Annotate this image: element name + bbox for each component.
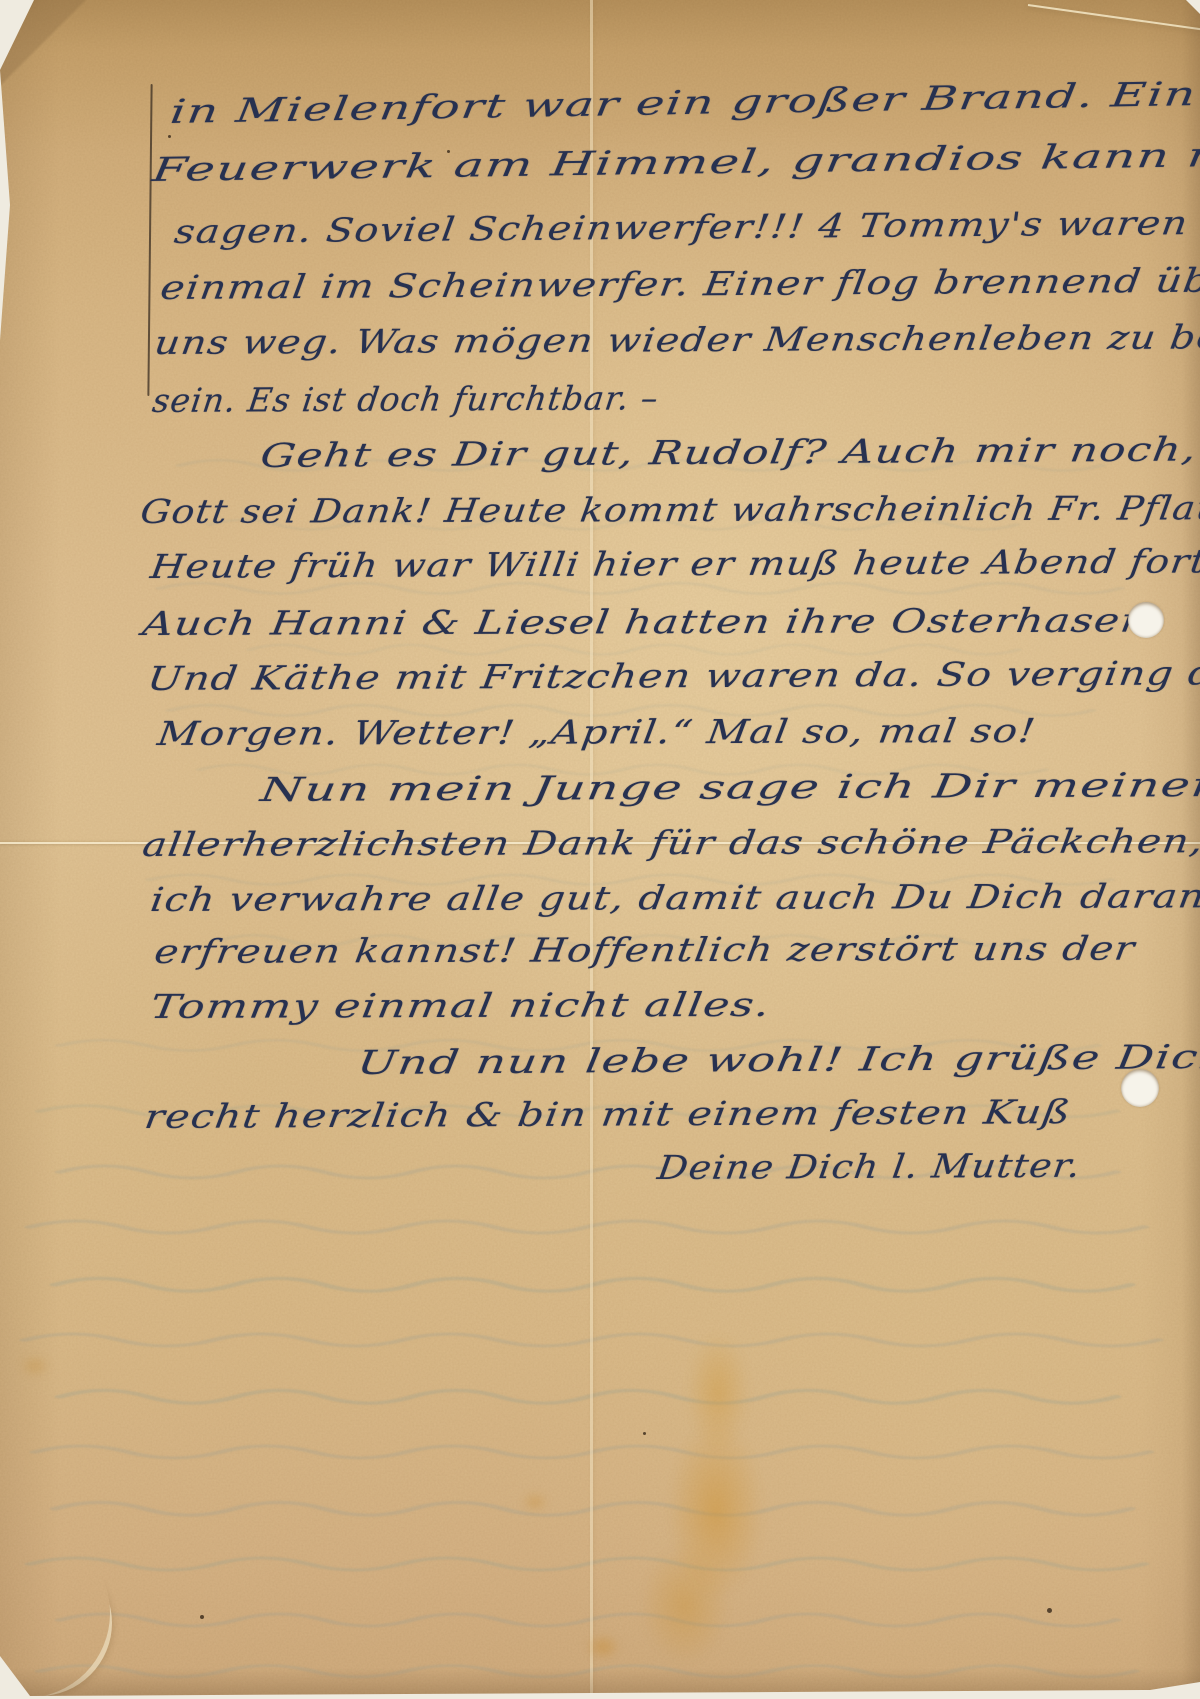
handwriting-line: einmal im Scheinwerfer. Einer flog brenn… <box>158 260 1200 308</box>
handwriting-line: Und nun lebe wohl! Ich grüße Dich <box>355 1037 1200 1083</box>
corner-fold-shade-top-left <box>0 0 115 105</box>
handwriting-line: in Mielenfort war ein großer Brand. Ein <box>168 74 1199 132</box>
hole-punch-bottom <box>1121 1069 1159 1107</box>
corner-crease-top-right <box>1028 4 1200 31</box>
handwriting-line: erfreuen kannst! Hoffentlich zerstört un… <box>152 929 1138 972</box>
handwriting-line: Heute früh war Willi hier er muß heute A… <box>148 541 1200 587</box>
handwriting-line: recht herzlich & bin mit einem festen Ku… <box>142 1092 1074 1137</box>
ink-speck <box>1047 1608 1052 1613</box>
stain <box>522 1492 548 1512</box>
stain <box>586 1634 620 1660</box>
handwriting-line: Geht es Dir gut, Rudolf? Auch mir noch, <box>258 429 1200 476</box>
signature-line: Deine Dich l. Mutter. <box>655 1146 1084 1188</box>
handwriting-line: Feuerwerk am Himmel, grandios kann man <box>150 134 1200 190</box>
handwriting-line: Nun mein Junge sage ich Dir meinen <box>258 765 1200 810</box>
hole-punch-top <box>1128 602 1164 638</box>
handwriting-line: allerherzlichsten Dank für das schöne Pä… <box>140 821 1200 865</box>
handwriting-line: Auch Hanni & Liesel hatten ihre Osterhas… <box>140 600 1167 644</box>
ink-speck <box>200 1615 204 1619</box>
handwriting-line: ich verwahre alle gut, damit auch Du Dic… <box>148 876 1200 920</box>
margin-ink-stroke <box>147 84 152 396</box>
stain <box>20 1355 50 1377</box>
ink-speck <box>643 1432 646 1435</box>
handwriting-line: Morgen. Wetter! „April.“ Mal so, mal so! <box>155 711 1039 754</box>
stain <box>640 1545 730 1665</box>
scanned-letter: in Mielenfort war ein großer Brand. Ein … <box>0 0 1200 1699</box>
ink-speck <box>168 135 171 138</box>
paper-edge-shadow-bottom <box>0 1668 1200 1699</box>
handwriting-line: Tommy einmal nicht alles. <box>148 985 773 1027</box>
handwriting-line: sagen. Soviel Scheinwerfer!!! 4 Tommy's … <box>172 202 1200 252</box>
handwriting-line: uns weg. Was mögen wieder Menschenleben … <box>152 317 1200 363</box>
handwriting-line: sein. Es ist doch furchtbar. – <box>150 378 661 421</box>
handwriting-line: Und Käthe mit Fritzchen waren da. So ver… <box>145 653 1200 699</box>
handwriting-line: Gott sei Dank! Heute kommt wahrscheinlic… <box>138 488 1200 532</box>
letter-paper: in Mielenfort war ein großer Brand. Ein … <box>0 0 1200 1699</box>
